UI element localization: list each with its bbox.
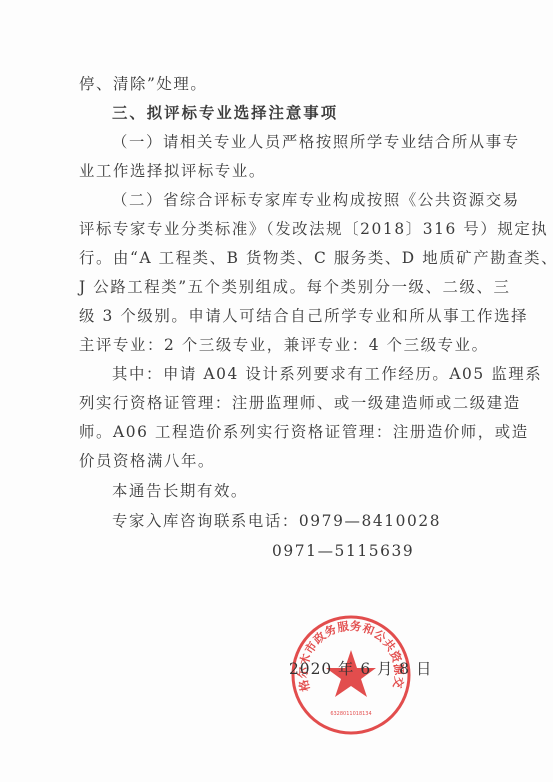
section-heading: 三、拟评标专业选择注意事项 [112,103,504,123]
paragraph-line: 价员资格满八年。 [79,451,471,471]
validity-notice: 本通告长期有效。 [112,481,504,501]
contact-phone-2: 0971—5115639 [272,541,553,561]
paragraph-line: （二）省综合评标专家库专业构成按照《公共资源交易 [112,190,504,210]
paragraph-line: J 公路工程类”五个类别组成。每个类别分一级、二级、三 [79,277,471,297]
svg-text:6328011018134: 6328011018134 [330,711,371,717]
paragraph-line: 行。由“A 工程类、B 货物类、C 服务类、D 地质矿产勘查类、 [79,248,471,268]
paragraph-line: （一）请相关专业人员严格按照所学专业结合所从事专 [112,132,504,152]
paragraph-line: 业工作选择拟评标专业。 [79,161,471,181]
paragraph-line: 其中：申请 A04 设计系列要求有工作经历。A05 监理系 [112,364,504,384]
paragraph-line: 停、清除”处理。 [79,74,471,94]
paragraph-line: 级 3 个级别。申请人可结合自己所学专业和所从事工作选择 [79,306,471,326]
paragraph-line: 主评专业：2 个三级专业，兼评专业：4 个三级专业。 [79,335,471,355]
paragraph-line: 评标专家专业分类标准》（发改法规〔2018〕316 号）规定执 [79,219,471,239]
document-date: 2020 年 6 月 8 日 [289,657,432,679]
document-page: 停、清除”处理。 三、拟评标专业选择注意事项 （一）请相关专业人员严格按照所学专… [0,0,553,782]
paragraph-line: 列实行资格证管理：注册监理师、或一级建造师或二级建造 [79,393,471,413]
paragraph-line: 师。A06 工程造价系列实行资格证管理：注册造价师，或造 [79,422,471,442]
contact-phone-1: 专家入库咨询联系电话：0979—8410028 [112,511,504,531]
